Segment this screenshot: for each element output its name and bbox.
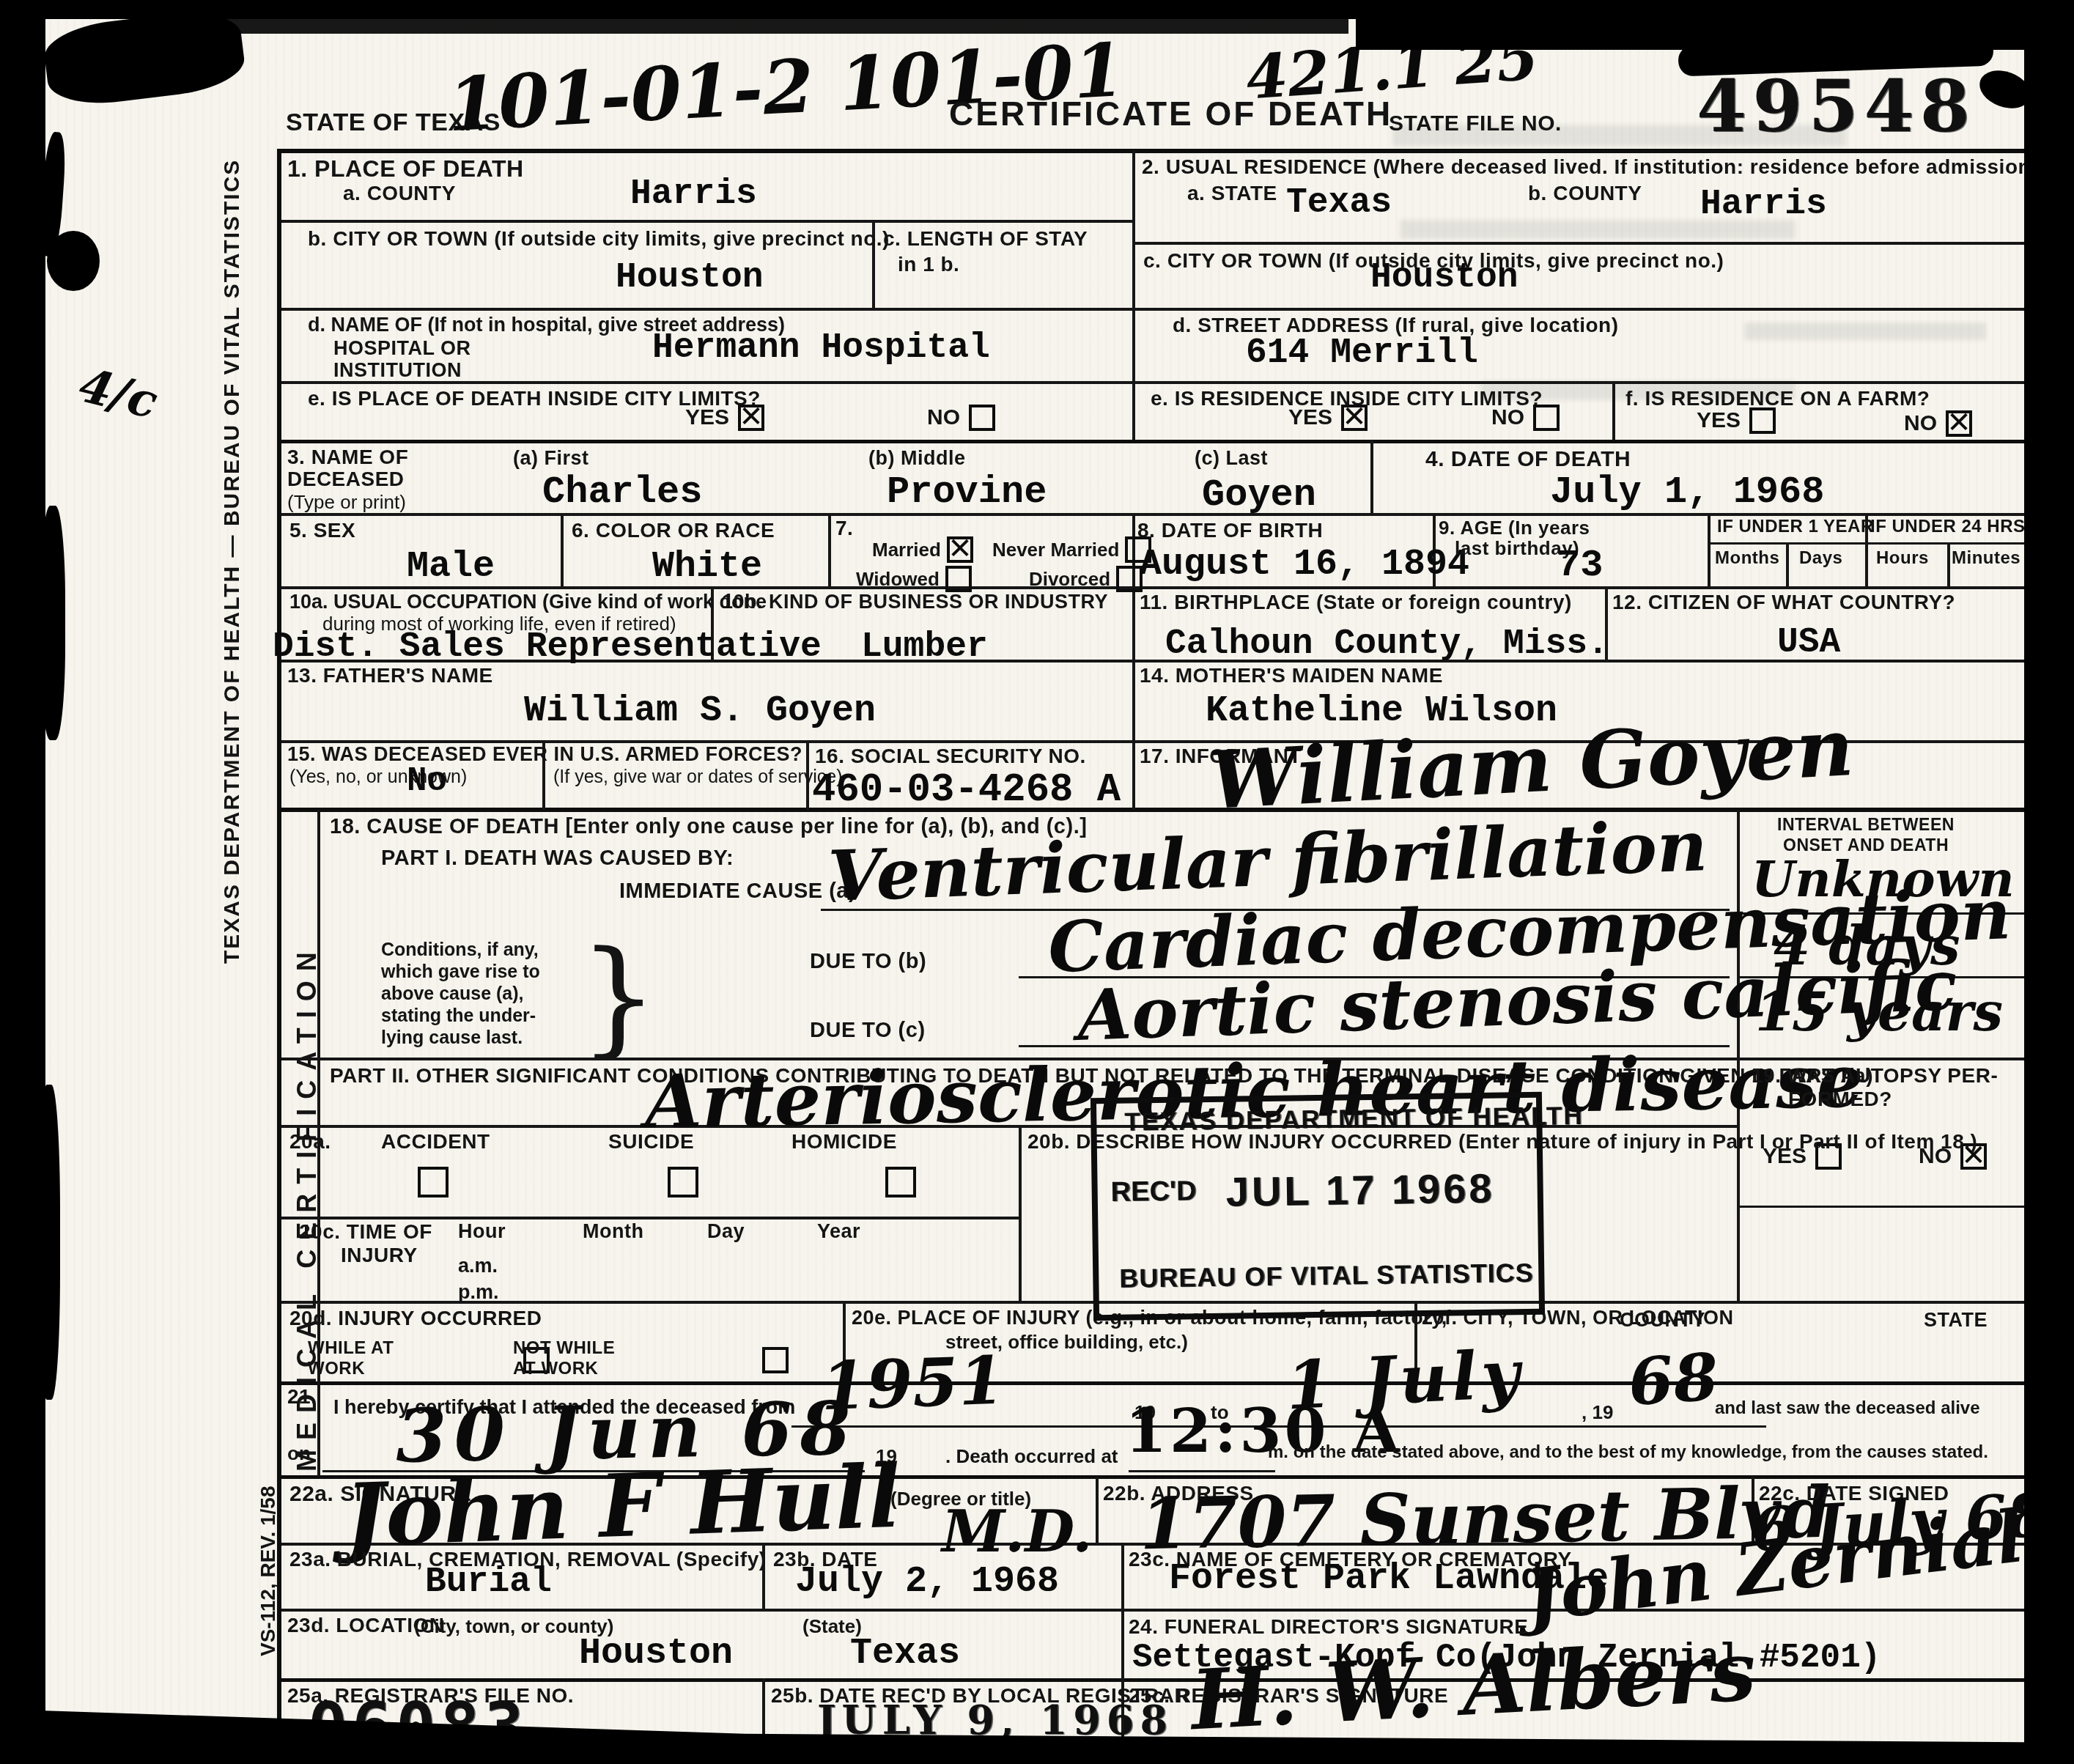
pod-county-value: Harris: [630, 174, 757, 214]
widowed-checkbox: [945, 566, 972, 592]
res-city-limits-no: NO: [1491, 405, 1560, 431]
to-year-value: 68: [1626, 1338, 1721, 1420]
no-label: NO: [1904, 411, 1937, 436]
pod-institution-label2: HOSPITAL OR: [333, 337, 471, 360]
divider: [1121, 1543, 1124, 1678]
armed-forces-label: 15. WAS DECEASED EVER IN U.S. ARMED FORC…: [287, 743, 802, 766]
immediate-cause-label: IMMEDIATE CAUSE (a): [619, 879, 856, 904]
res-city-limits-no-checkbox: [1533, 405, 1560, 431]
name-of-deceased-title: 3. NAME OF: [287, 446, 408, 469]
not-while-at-work-label2: AT WORK: [513, 1359, 598, 1379]
pod-city-limits-no-checkbox: [969, 405, 995, 431]
scan-artifact: [38, 1085, 60, 1400]
if-under-24-hrs-label: IF UNDER 24 HRS.: [1870, 517, 2031, 537]
stamp-line3: BUREAU OF VITAL STATISTICS: [1119, 1258, 1534, 1294]
pod-county-label: a. COUNTY: [343, 182, 456, 205]
usual-residence-title: 2. USUAL RESIDENCE (Where deceased lived…: [1142, 155, 2038, 179]
last-name-value: Goyen: [1202, 473, 1316, 517]
place-of-death-title: 1. PLACE OF DEATH: [287, 155, 524, 182]
age-value: 73: [1557, 544, 1603, 587]
birthplace-value: Calhoun County, Miss.: [1165, 624, 1609, 664]
sex-value: Male: [407, 546, 495, 588]
conditions-note-4: stating the under-: [381, 1005, 536, 1027]
ssn-value: 460-03-4268 A: [812, 768, 1121, 813]
res-city-limits-yes-checkbox: [1341, 405, 1368, 431]
accident-checkbox: [418, 1167, 449, 1197]
res-county-value: Harris: [1700, 185, 1827, 224]
state-file-number: 49548: [1697, 64, 1976, 149]
res-farm-yes-checkbox: [1749, 407, 1776, 434]
divider: [278, 1678, 2029, 1682]
burial-date-value: July 2, 1968: [795, 1561, 1059, 1603]
industry-label: 10b. KIND OF BUSINESS OR INDUSTRY: [722, 591, 1108, 613]
divider: [278, 808, 2029, 812]
pod-city-limits-yes-checkbox: [738, 405, 764, 431]
date-of-death-value: July 1, 1968: [1550, 470, 1824, 514]
not-while-at-work-label: NOT WHILE: [513, 1338, 615, 1359]
name-of-deceased-title2: DECEASED: [287, 468, 405, 491]
year-label: Year: [817, 1220, 860, 1243]
res-farm-no-checkbox: [1946, 410, 1972, 437]
month-label: Month: [583, 1220, 643, 1243]
divider: [1096, 1477, 1099, 1543]
pod-city-limits-yes: YES: [685, 405, 764, 431]
autopsy-label2: FORMED?: [1788, 1088, 1892, 1111]
accident-label: ACCIDENT: [381, 1130, 490, 1154]
stamp-date: JUL 17 1968: [1225, 1165, 1495, 1216]
first-name-value: Charles: [542, 470, 702, 514]
certify-text-8: . Death occurred at: [945, 1445, 1118, 1468]
res-farm-no: NO: [1904, 410, 1972, 437]
stamp-line1: TEXAS DEPARTMENT OF HEALTH: [1124, 1101, 1584, 1137]
item-21-label: 21.: [287, 1385, 317, 1409]
divider: [1737, 1206, 2029, 1208]
due-to-c-label: DUE TO (c): [810, 1019, 926, 1043]
middle-name-value: Provine: [887, 470, 1047, 514]
res-city-limits-yes: YES: [1288, 405, 1368, 431]
interval-a-value: Unknown: [1752, 850, 2015, 909]
no-label: NO: [927, 405, 960, 430]
divider: [1708, 542, 2029, 545]
res-farm-label: f. IS RESIDENCE ON A FARM?: [1625, 387, 1930, 410]
interval-header-1: INTERVAL BETWEEN: [1777, 815, 1955, 835]
ssn-label: 16. SOCIAL SECURITY NO.: [815, 745, 1086, 768]
not-while-at-work-checkbox: [762, 1347, 789, 1373]
autopsy-label: 19. WAS AUTOPSY PER-: [1752, 1064, 1998, 1088]
state-file-no-label: STATE FILE NO.: [1389, 111, 1562, 136]
color-or-race-label: 6. COLOR OR RACE: [572, 519, 775, 542]
birthplace-label: 11. BIRTHPLACE (State or foreign country…: [1140, 591, 1572, 614]
never-married-label: Never Married: [992, 539, 1119, 561]
divider: [561, 513, 564, 586]
first-name-label: (a) First: [513, 447, 589, 470]
divider: [278, 1381, 2029, 1385]
middle-name-label: (b) Middle: [868, 447, 965, 470]
pod-institution-label3: INSTITUTION: [333, 359, 462, 382]
pod-institution-value: Hermann Hospital: [652, 328, 990, 368]
yes-label: YES: [685, 405, 729, 430]
divider: [278, 586, 2029, 589]
date-of-death-label: 4. DATE OF DEATH: [1425, 447, 1631, 472]
burial-state-value: Texas: [850, 1633, 960, 1675]
widowed-label: Widowed: [856, 568, 940, 591]
day-label: Day: [707, 1220, 745, 1243]
divider: [1947, 542, 1950, 586]
scan-artifact: [47, 231, 100, 291]
divider: [1370, 440, 1373, 513]
length-of-stay-label: c. LENGTH OF STAY: [883, 227, 1088, 251]
res-farm-yes: YES: [1697, 407, 1776, 434]
am-label: a.m.: [458, 1255, 498, 1277]
divider: [1786, 542, 1789, 586]
date-of-birth-label: 8. DATE OF BIRTH: [1137, 519, 1323, 542]
scan-artifact: [205, 16, 1348, 34]
months-label: Months: [1715, 548, 1779, 569]
divider: [277, 149, 281, 1750]
scan-edge-bottom: [0, 1750, 2074, 1764]
yes-label: YES: [1288, 405, 1332, 430]
suicide-checkbox: [668, 1167, 698, 1197]
color-or-race-value: White: [652, 546, 762, 588]
res-street-value: 614 Merrill: [1246, 333, 1478, 373]
certify-text-4: , 19: [1582, 1401, 1613, 1424]
while-at-work-label: WHILE AT: [308, 1338, 394, 1359]
marital-status-label: 7.: [835, 517, 853, 540]
scan-edge-left: [0, 0, 45, 1764]
time-of-injury-label2: INJURY: [341, 1244, 418, 1267]
interval-b-value: 4 days: [1774, 915, 1960, 977]
pm-label: p.m.: [458, 1281, 499, 1304]
fathers-name-value: William S. Goyen: [524, 690, 876, 732]
divider: [278, 381, 2029, 384]
minutes-label: Minutes: [1952, 548, 2021, 569]
divider: [1708, 513, 1711, 586]
pod-city-label: b. CITY OR TOWN (If outside city limits,…: [308, 227, 890, 251]
burial-value: Burial: [425, 1562, 552, 1602]
divider: [1612, 381, 1615, 440]
item-20a-label: 20a.: [289, 1130, 331, 1154]
divider: [278, 308, 2029, 311]
yes-label: YES: [1697, 408, 1741, 433]
degree-value: M.D.: [942, 1499, 1093, 1565]
divorced-label: Divorced: [1029, 568, 1110, 591]
divider: [1019, 1125, 1022, 1301]
received-stamp: TEXAS DEPARTMENT OF HEALTH REC'D JUL 17 …: [1090, 1092, 1545, 1321]
married-label: Married: [872, 539, 941, 561]
scanned-death-certificate: STATE OF TEXAS 101-01-2 101-01 CERTIFICA…: [0, 0, 2074, 1764]
marital-married: Married Never Married: [872, 536, 1151, 563]
armed-forces-sub2: (If yes, give war or dates of service): [553, 767, 843, 788]
divorced-checkbox: [1116, 566, 1143, 592]
citizen-label: 12. CITIZEN OF WHAT COUNTRY?: [1612, 591, 1955, 614]
res-city-value: Houston: [1370, 258, 1518, 298]
certify-text-6: on: [287, 1442, 311, 1465]
injury-state-label: STATE: [1924, 1309, 1988, 1332]
mothers-maiden-name-label: 14. MOTHER'S MAIDEN NAME: [1140, 664, 1443, 687]
homicide-checkbox: [885, 1167, 916, 1197]
side-department-label: TEXAS DEPARTMENT OF HEALTH — BUREAU OF V…: [220, 159, 245, 964]
occupation-label: 10a. USUAL OCCUPATION (Give kind of work…: [289, 591, 767, 613]
citizen-value: USA: [1777, 623, 1840, 663]
stamp-recd-label: REC'D: [1110, 1176, 1196, 1208]
divider: [1132, 242, 2029, 245]
date-of-birth-value: August 16, 1894: [1140, 544, 1469, 586]
occupation-value: Dist. Sales Representative: [273, 627, 822, 667]
hour-label: Hour: [458, 1220, 506, 1243]
days-label: Days: [1799, 548, 1842, 569]
armed-forces-value: No: [407, 762, 447, 800]
no-label: NO: [1491, 405, 1524, 430]
sex-label: 5. SEX: [289, 519, 355, 542]
burial-city-value: Houston: [579, 1633, 733, 1675]
conditions-note-1: Conditions, if any,: [381, 940, 539, 961]
last-name-label: (c) Last: [1195, 447, 1268, 470]
certify-text-9: m. on the date stated above, and to the …: [1268, 1442, 1988, 1463]
homicide-label: HOMICIDE: [791, 1130, 897, 1154]
fathers-name-label: 13. FATHER'S NAME: [287, 664, 493, 687]
part1-label: PART I. DEATH WAS CAUSED BY:: [381, 846, 734, 871]
interval-c-value: 15 years: [1755, 981, 2003, 1043]
divider: [278, 149, 2030, 153]
pod-city-limits-no: NO: [927, 405, 995, 431]
scan-artifact: [40, 506, 65, 740]
divider: [828, 513, 831, 586]
divider: [278, 440, 2029, 443]
suicide-label: SUICIDE: [608, 1130, 694, 1154]
if-under-1-year-label: IF UNDER 1 YEAR: [1717, 517, 1874, 537]
length-of-stay-label2: in 1 b.: [898, 253, 959, 276]
bleedthrough-smudge: [1744, 322, 1986, 340]
time-of-injury-label: 20c. TIME OF: [299, 1220, 432, 1244]
married-checkbox: [947, 536, 973, 563]
industry-value: Lumber: [861, 627, 988, 667]
certify-text-5: and last saw the deceased alive: [1715, 1398, 1980, 1419]
hours-label: Hours: [1876, 548, 1929, 569]
type-or-print-label: (Type or print): [287, 491, 406, 514]
pod-city-value: Houston: [616, 258, 764, 298]
res-state-label: a. STATE: [1187, 182, 1277, 205]
conditions-brace-icon: }: [579, 925, 658, 1070]
res-state-value: Texas: [1286, 183, 1392, 223]
blank-line: [1129, 1470, 1275, 1472]
funeral-director-label: 24. FUNERAL DIRECTOR'S SIGNATURE: [1129, 1615, 1528, 1639]
injury-county-label: COUNTY: [1620, 1309, 1705, 1332]
marital-widowed: Widowed Divorced: [856, 566, 1143, 592]
conditions-note-3: above cause (a),: [381, 984, 524, 1005]
res-county-label: b. COUNTY: [1528, 182, 1642, 205]
age-label: 9. AGE (In years: [1439, 517, 1590, 539]
conditions-note-5: lying cause last.: [381, 1027, 523, 1049]
divider: [1132, 150, 1135, 440]
divider: [278, 1217, 1019, 1219]
injury-occurred-label: 20d. INJURY OCCURRED: [289, 1307, 542, 1330]
while-at-work-label2: WORK: [308, 1359, 365, 1379]
scan-edge-right: [2024, 0, 2074, 1764]
divider: [278, 220, 1132, 223]
due-to-b-label: DUE TO (b): [810, 950, 926, 974]
conditions-note-2: which gave rise to: [381, 962, 540, 983]
